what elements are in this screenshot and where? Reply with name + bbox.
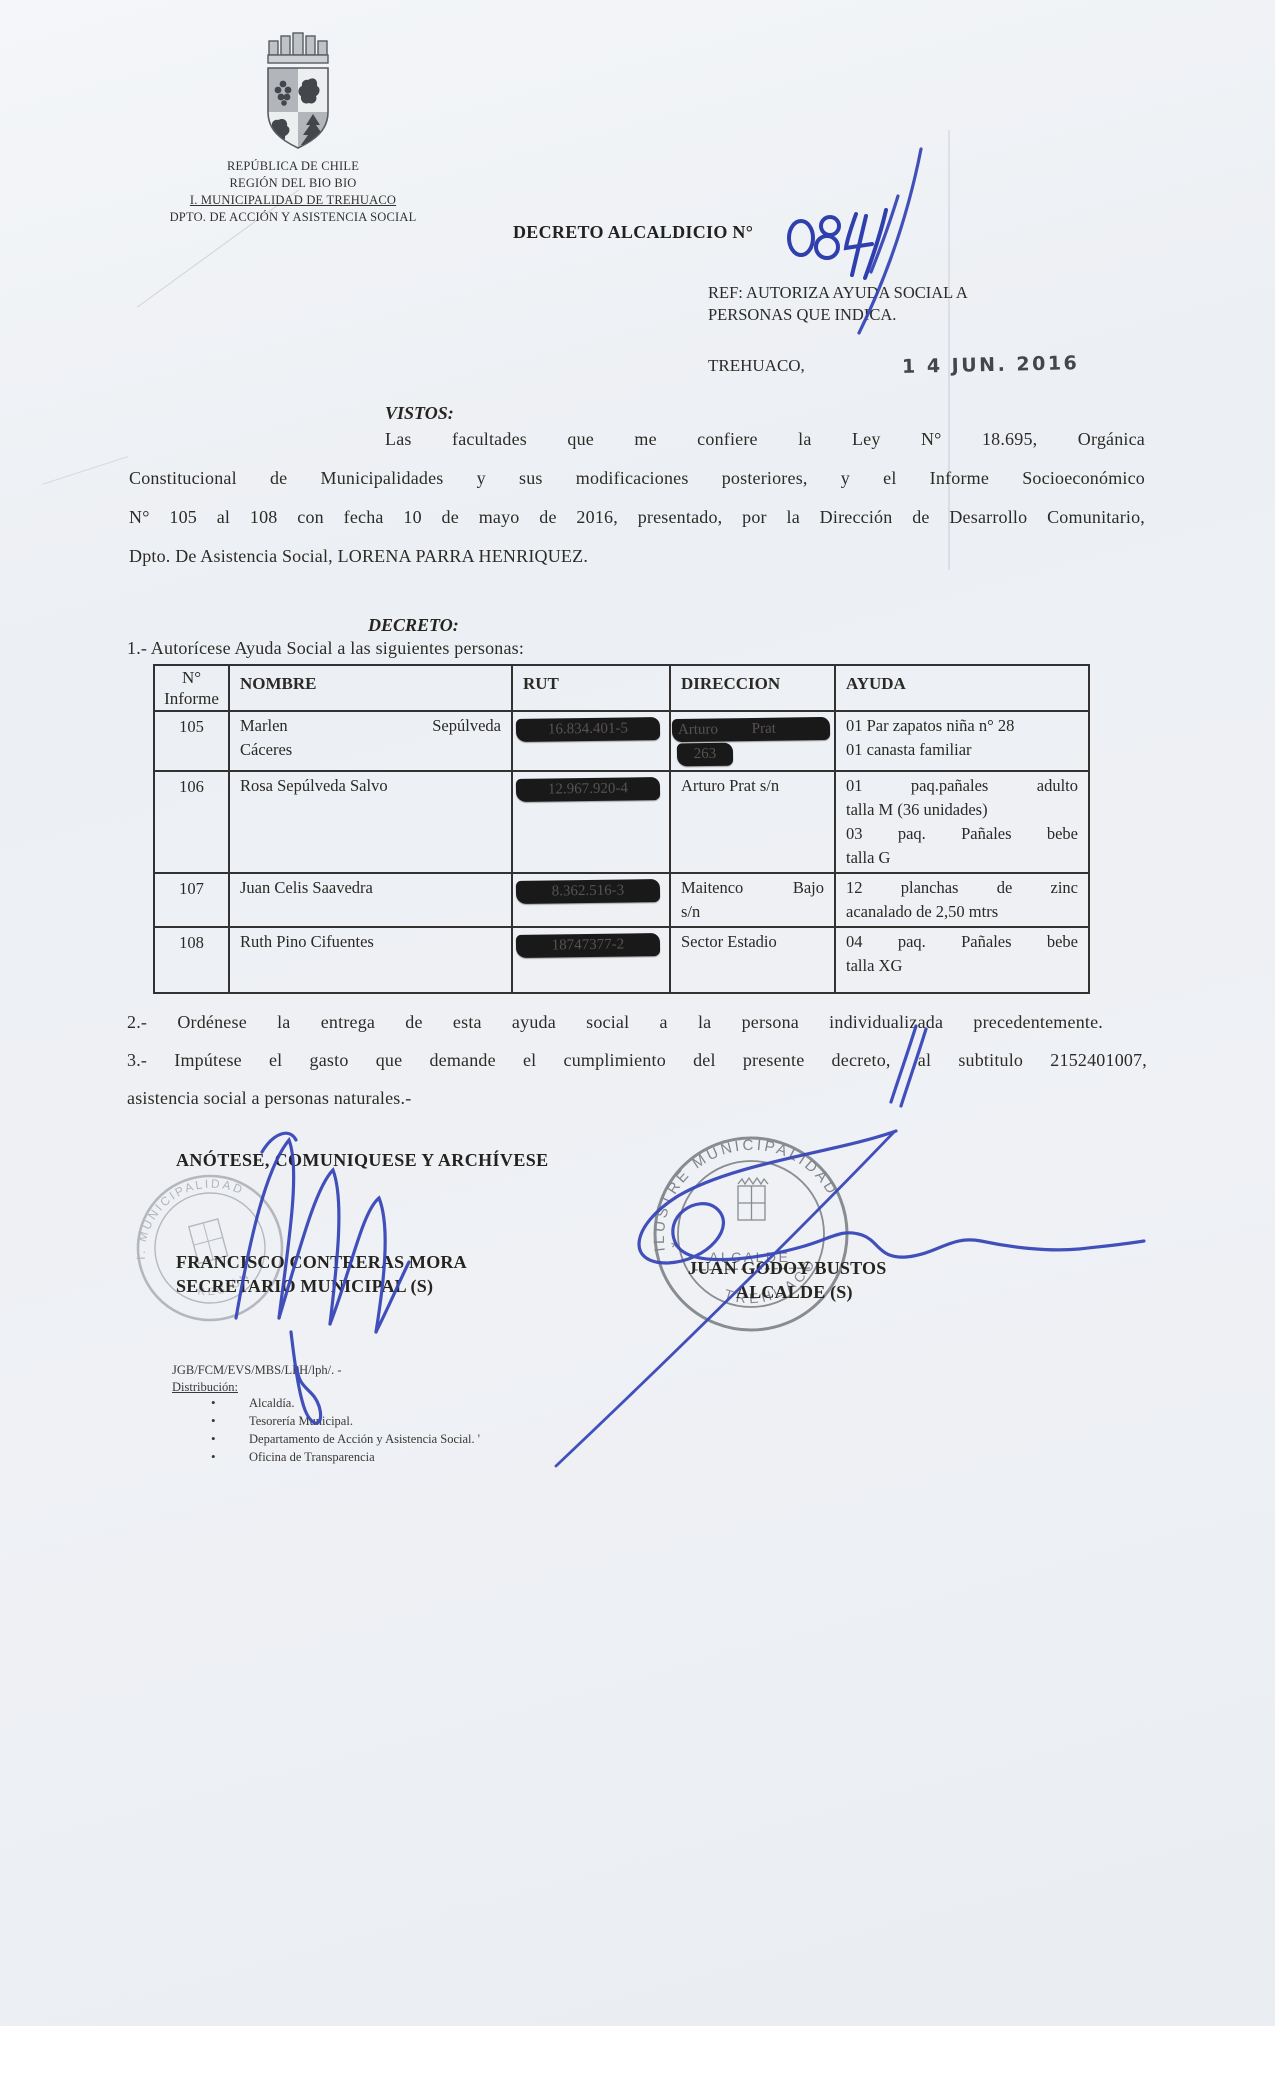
vistos-line: Dpto. De Asistencia Social, LORENA PARRA… xyxy=(129,546,1145,567)
secretary-stamp: I. MUNICIPALIDAD REGIÓN xyxy=(122,1160,298,1336)
col-header-informe: N° Informe xyxy=(154,665,229,711)
aid-line: 03 paq. Pañales bebe xyxy=(846,822,1078,846)
redacted-rut: 12.967.920-4 xyxy=(516,777,660,802)
scan-crease xyxy=(42,456,128,485)
letterhead-country: REPÚBLICA DE CHILE xyxy=(160,158,426,175)
letterhead-region: REGIÓN DEL BIO BIO xyxy=(160,175,426,192)
svg-text:*: * xyxy=(671,1238,678,1258)
vistos-line: N° 105 al 108 con fecha 10 de mayo de 20… xyxy=(129,507,1145,528)
scan-crease xyxy=(948,130,950,570)
aid-table: N° Informe NOMBRE RUT DIRECCION AYUDA 10… xyxy=(153,664,1090,994)
aid-line: 01 Par zapatos niña n° 28 xyxy=(846,714,1078,738)
letterhead-department: DPTO. DE ACCIÓN Y ASISTENCIA SOCIAL xyxy=(160,209,426,226)
aid-line: acanalado de 2,50 mtrs xyxy=(846,900,1078,924)
address: Arturo Prat s/n xyxy=(681,774,824,798)
municipal-coat-of-arms xyxy=(256,24,340,154)
bullet-icon: • xyxy=(205,1431,249,1448)
informe-number: 106 xyxy=(154,771,229,873)
list-item: • Alcaldía. xyxy=(205,1395,625,1412)
decreto-item-1: 1.- Autorícese Ayuda Social a las siguie… xyxy=(127,638,524,659)
bullet-icon: • xyxy=(205,1449,249,1466)
beneficiary-name: Rosa Sepúlveda Salvo xyxy=(240,774,501,798)
beneficiary-name: Juan Celis Saavedra xyxy=(240,876,501,900)
table-row: 108 Ruth Pino Cifuentes 18747377-2 Secto… xyxy=(154,927,1089,993)
alcalde-stamp: ILUSTRE MUNICIPALIDAD TREHUACO ALCALDE * xyxy=(645,1128,857,1340)
aid-line: talla G xyxy=(846,846,1078,870)
redacted-rut: 18747377-2 xyxy=(516,933,660,958)
beneficiary-name: Marlen Sepúlveda xyxy=(240,714,501,738)
table-row: 105 Marlen Sepúlveda Cáceres 16.834.401-… xyxy=(154,711,1089,771)
decreto-item-3-line-1: 3.- Impútese el gasto que demande el cum… xyxy=(127,1050,1147,1071)
distribution-list: • Alcaldía. • Tesorería Municipal. • Dep… xyxy=(205,1395,625,1467)
alcalde-name: JUAN GODOY BUSTOS xyxy=(688,1258,886,1279)
aid-line: talla M (36 unidades) xyxy=(846,798,1078,822)
alcalde-title: ALCALDE (S) xyxy=(736,1282,853,1303)
date-stamp: 1 4 JUN. 2016 xyxy=(902,352,1080,378)
col-header-direccion: DIRECCION xyxy=(670,665,835,711)
col-header-rut: RUT xyxy=(512,665,670,711)
place-line: TREHUACO, xyxy=(708,356,805,376)
scanned-decree-page: REPÚBLICA DE CHILE REGIÓN DEL BIO BIO I.… xyxy=(0,0,1275,2100)
informe-number: 107 xyxy=(154,873,229,927)
redacted-rut: 8.362.516-3 xyxy=(516,879,660,904)
list-item: • Departamento de Acción y Asistencia So… xyxy=(205,1431,625,1448)
letterhead-municipality: I. MUNICIPALIDAD DE TREHUACO xyxy=(160,192,426,209)
col-header-nombre: NOMBRE xyxy=(229,665,512,711)
address: Maitenco Bajo xyxy=(681,876,824,900)
distribution-label: Distribución: xyxy=(172,1380,238,1395)
informe-number: 105 xyxy=(154,711,229,771)
list-item: • Oficina de Transparencia xyxy=(205,1449,625,1466)
table-row: 106 Rosa Sepúlveda Salvo 12.967.920-4 Ar… xyxy=(154,771,1089,873)
decreto-item-3-line-2: asistencia social a personas naturales.- xyxy=(127,1088,411,1109)
vistos-line: Las facultades que me confiere la Ley N°… xyxy=(385,429,1145,450)
vistos-line: Constitucional de Municipalidades y sus … xyxy=(129,468,1145,489)
reference-block: REF: AUTORIZA AYUDA SOCIAL A PERSONAS QU… xyxy=(708,282,968,326)
redacted-rut: 16.834.401-5 xyxy=(516,717,660,742)
aid-line: talla XG xyxy=(846,954,1078,978)
secretary-title: SECRETARIO MUNICIPAL (S) xyxy=(176,1276,433,1297)
decreto-label: DECRETO: xyxy=(368,615,459,636)
decree-title: DECRETO ALCALDICIO N° xyxy=(513,222,753,243)
aid-line: 04 paq. Pañales bebe xyxy=(846,930,1078,954)
redacted-address: Arturo Prat xyxy=(672,717,830,742)
handwritten-decree-number xyxy=(789,210,886,278)
address: Sector Estadio xyxy=(681,930,824,954)
table-row: 107 Juan Celis Saavedra 8.362.516-3 Mait… xyxy=(154,873,1089,927)
list-item: • Tesorería Municipal. xyxy=(205,1413,625,1430)
bullet-icon: • xyxy=(205,1413,249,1430)
scan-margin xyxy=(0,2026,1275,2100)
aid-line: 01 canasta familiar xyxy=(846,738,1078,762)
secretary-name: FRANCISCO CONTRERAS MORA xyxy=(176,1252,467,1273)
letterhead: REPÚBLICA DE CHILE REGIÓN DEL BIO BIO I.… xyxy=(160,158,426,226)
beneficiary-name: Ruth Pino Cifuentes xyxy=(240,930,501,954)
col-header-ayuda: AYUDA xyxy=(835,665,1089,711)
reference-line-1: REF: AUTORIZA AYUDA SOCIAL A xyxy=(708,282,968,304)
svg-text:ILUSTRE MUNICIPALIDAD: ILUSTRE MUNICIPALIDAD xyxy=(645,1128,845,1255)
informe-number: 108 xyxy=(154,927,229,993)
initials-line: JGB/FCM/EVS/MBS/LPH/lph/. - xyxy=(172,1363,342,1378)
reference-line-2: PERSONAS QUE INDICA. xyxy=(708,304,968,326)
address: s/n xyxy=(681,900,824,924)
redacted-address: 263 xyxy=(677,743,733,767)
aid-line: 01 paq.pañales adulto xyxy=(846,774,1078,798)
decreto-item-2: 2.- Ordénese la entrega de esta ayuda so… xyxy=(127,1012,1103,1033)
aid-line: 12 planchas de zinc xyxy=(846,876,1078,900)
vistos-label: VISTOS: xyxy=(385,403,454,424)
bullet-icon: • xyxy=(205,1395,249,1412)
aid-table-header-row: N° Informe NOMBRE RUT DIRECCION AYUDA xyxy=(154,665,1089,711)
beneficiary-name: Cáceres xyxy=(240,738,501,762)
